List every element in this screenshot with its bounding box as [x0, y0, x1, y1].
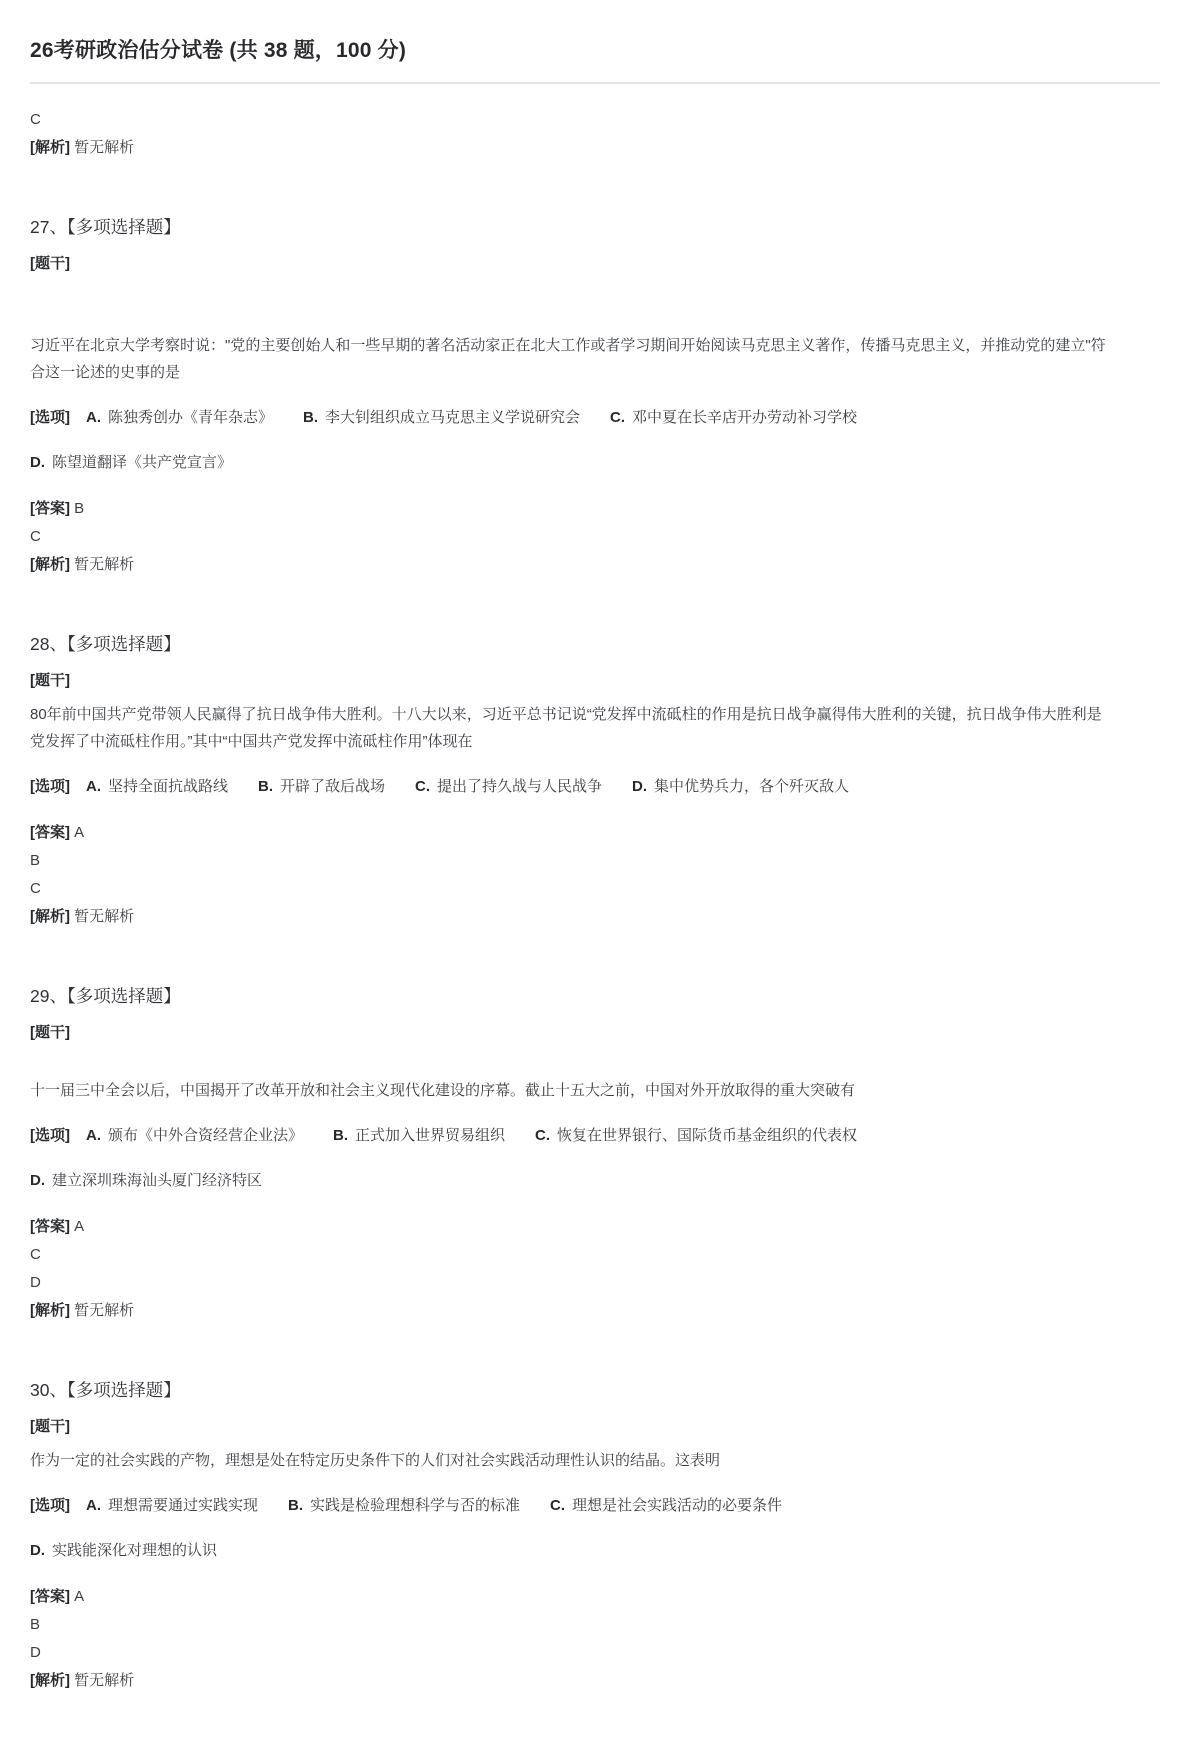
options-label: [选项]: [30, 409, 70, 426]
option-text: 坚持全面抗战路线: [108, 778, 228, 795]
title-divider: [30, 82, 1160, 84]
answer-letter: B: [30, 852, 40, 869]
option-key: C.: [550, 1497, 565, 1514]
answer-letter: A: [74, 1588, 84, 1605]
page-title: 26考研政治估分试卷 (共 38 题，100 分): [30, 34, 1160, 64]
answer-line: B: [30, 847, 1160, 875]
blank-line: [30, 1046, 1160, 1070]
question-title: 28、【多项选择题】: [30, 631, 1160, 656]
option: B.李大钊组织成立马克思主义学说研究会: [303, 404, 580, 431]
exam-document: 26考研政治估分试卷 (共 38 题，100 分) C[解析] 暂无解析 27、…: [0, 0, 1190, 1755]
option: C.恢复在世界银行、国际货币基金组织的代表权: [535, 1122, 857, 1149]
option-text: 邓中夏在长辛店开办劳动补习学校: [632, 409, 857, 426]
analysis-line: [解析] 暂无解析: [30, 903, 1160, 931]
options-line: D.陈望道翻译《共产党宣言》: [30, 449, 1115, 476]
option: A.陈独秀创办《青年杂志》: [86, 404, 273, 431]
question-stem: 80年前中国共产党带领人民赢得了抗日战争伟大胜利。十八大以来，习近平总书记说“党…: [30, 701, 1115, 755]
options-line: D.建立深圳珠海汕头厦门经济特区: [30, 1167, 1115, 1194]
option-text: 实践能深化对理想的认识: [52, 1542, 217, 1559]
question-block: 27、【多项选择题】[题干]习近平在北京大学考察时说："党的主要创始人和一些早期…: [30, 214, 1160, 579]
analysis-text: 暂无解析: [74, 908, 134, 925]
options-line: [选项]A.坚持全面抗战路线B.开辟了敌后战场C.提出了持久战与人民战争D.集中…: [30, 773, 1115, 800]
question-block: 29、【多项选择题】[题干]十一届三中全会以后，中国揭开了改革开放和社会主义现代…: [30, 983, 1160, 1325]
option: B.开辟了敌后战场: [258, 773, 385, 800]
options-line: [选项]A.理想需要通过实践实现B.实践是检验理想科学与否的标准C.理想是社会实…: [30, 1492, 1115, 1519]
option-key: A.: [86, 1127, 101, 1144]
analysis-line: [解析] 暂无解析: [30, 1297, 1160, 1325]
answer-letter: A: [74, 1218, 84, 1235]
option: B.实践是检验理想科学与否的标准: [288, 1492, 520, 1519]
answer-line: [答案] A: [30, 819, 1160, 847]
analysis-text: 暂无解析: [74, 1302, 134, 1319]
answer-line: D: [30, 1269, 1160, 1297]
analysis-label: [解析]: [30, 556, 70, 573]
option: D.实践能深化对理想的认识: [30, 1537, 217, 1564]
option-key: D.: [30, 1542, 45, 1559]
option-text: 陈独秀创办《青年杂志》: [108, 409, 273, 426]
options-line: [选项]A.陈独秀创办《青年杂志》B.李大钊组织成立马克思主义学说研究会C.邓中…: [30, 404, 1115, 431]
options-line: D.实践能深化对理想的认识: [30, 1537, 1115, 1564]
option-key: B.: [258, 778, 273, 795]
answer-line: C: [30, 875, 1160, 903]
option-key: D.: [30, 1172, 45, 1189]
question-stem: 作为一定的社会实践的产物，理想是处在特定历史条件下的人们对社会实践活动理性认识的…: [30, 1447, 1115, 1474]
option: D.建立深圳珠海汕头厦门经济特区: [30, 1167, 262, 1194]
option-text: 颁布《中外合资经营企业法》: [108, 1127, 303, 1144]
option-key: B.: [303, 409, 318, 426]
option-text: 实践是检验理想科学与否的标准: [310, 1497, 520, 1514]
answer-line: C: [30, 523, 1160, 551]
blank-line: [30, 277, 1160, 301]
analysis-label: [解析]: [30, 1672, 70, 1689]
option: B.正式加入世界贸易组织: [333, 1122, 505, 1149]
stem-label: [题干]: [30, 250, 1160, 277]
analysis-text: 暂无解析: [74, 556, 134, 573]
answer-label: [答案]: [30, 500, 70, 517]
answer-line: [答案] A: [30, 1213, 1160, 1241]
option-text: 集中优势兵力，各个歼灭敌人: [654, 778, 849, 795]
option-key: B.: [288, 1497, 303, 1514]
answer-line: C: [30, 1241, 1160, 1269]
option-text: 陈望道翻译《共产党宣言》: [52, 454, 232, 471]
question-stem: 习近平在北京大学考察时说："党的主要创始人和一些早期的著名活动家正在北大工作或者…: [30, 332, 1115, 386]
option-text: 建立深圳珠海汕头厦门经济特区: [52, 1172, 262, 1189]
answer-letter: C: [30, 880, 41, 897]
option-key: A.: [86, 409, 101, 426]
analysis-text: 暂无解析: [74, 1672, 134, 1689]
question-title: 27、【多项选择题】: [30, 214, 1160, 239]
option-text: 理想需要通过实践实现: [108, 1497, 258, 1514]
option-text: 提出了持久战与人民战争: [437, 778, 602, 795]
analysis-line: [解析] 暂无解析: [30, 551, 1160, 579]
blank-line: [30, 301, 1160, 325]
option-key: B.: [333, 1127, 348, 1144]
stem-label: [题干]: [30, 1413, 1160, 1440]
option: A.颁布《中外合资经营企业法》: [86, 1122, 303, 1149]
answer-letter: D: [30, 1274, 41, 1291]
option: C.提出了持久战与人民战争: [415, 773, 602, 800]
option-key: C.: [535, 1127, 550, 1144]
option: A.坚持全面抗战路线: [86, 773, 228, 800]
question-block: 28、【多项选择题】[题干]80年前中国共产党带领人民赢得了抗日战争伟大胜利。十…: [30, 631, 1160, 931]
analysis-line: [解析] 暂无解析: [30, 1667, 1160, 1695]
answer-letter: C: [30, 528, 41, 545]
option: C.理想是社会实践活动的必要条件: [550, 1492, 782, 1519]
option-key: A.: [86, 778, 101, 795]
option-text: 恢复在世界银行、国际货币基金组织的代表权: [557, 1127, 857, 1144]
analysis-line: [解析] 暂无解析: [30, 134, 1160, 162]
answer-label: [答案]: [30, 1588, 70, 1605]
stem-label: [题干]: [30, 1019, 1160, 1046]
analysis-label: [解析]: [30, 139, 70, 156]
answer-letter: D: [30, 1644, 41, 1661]
answer-label: [答案]: [30, 824, 70, 841]
analysis-text: 暂无解析: [74, 139, 134, 156]
analysis-label: [解析]: [30, 1302, 70, 1319]
options-line: [选项]A.颁布《中外合资经营企业法》B.正式加入世界贸易组织C.恢复在世界银行…: [30, 1122, 1115, 1149]
option-text: 正式加入世界贸易组织: [355, 1127, 505, 1144]
answer-line: [答案] B: [30, 495, 1160, 523]
answer-line: D: [30, 1639, 1160, 1667]
option-key: C.: [610, 409, 625, 426]
answer-line: [答案] A: [30, 1583, 1160, 1611]
answer-line: C: [30, 106, 1160, 134]
option-text: 理想是社会实践活动的必要条件: [572, 1497, 782, 1514]
options-label: [选项]: [30, 1127, 70, 1144]
option-key: A.: [86, 1497, 101, 1514]
option-text: 李大钊组织成立马克思主义学说研究会: [325, 409, 580, 426]
previous-question-tail: C[解析] 暂无解析: [30, 106, 1160, 162]
answer-letter: B: [74, 500, 84, 517]
question-stem: 十一届三中全会以后，中国揭开了改革开放和社会主义现代化建设的序幕。截止十五大之前…: [30, 1077, 1115, 1104]
answer-label: [答案]: [30, 1218, 70, 1235]
question-block: 30、【多项选择题】[题干]作为一定的社会实践的产物，理想是处在特定历史条件下的…: [30, 1377, 1160, 1695]
analysis-label: [解析]: [30, 908, 70, 925]
question-title: 29、【多项选择题】: [30, 983, 1160, 1008]
option: D.陈望道翻译《共产党宣言》: [30, 449, 232, 476]
option: D.集中优势兵力，各个歼灭敌人: [632, 773, 849, 800]
answer-line: B: [30, 1611, 1160, 1639]
option-text: 开辟了敌后战场: [280, 778, 385, 795]
options-label: [选项]: [30, 778, 70, 795]
answer-letter: A: [74, 824, 84, 841]
question-title: 30、【多项选择题】: [30, 1377, 1160, 1402]
question-list: 27、【多项选择题】[题干]习近平在北京大学考察时说："党的主要创始人和一些早期…: [30, 214, 1160, 1695]
option: C.邓中夏在长辛店开办劳动补习学校: [610, 404, 857, 431]
answer-letter: C: [30, 1246, 41, 1263]
option-key: C.: [415, 778, 430, 795]
option: A.理想需要通过实践实现: [86, 1492, 258, 1519]
answer-letter: B: [30, 1616, 40, 1633]
option-key: D.: [632, 778, 647, 795]
stem-label: [题干]: [30, 667, 1160, 694]
option-key: D.: [30, 454, 45, 471]
options-label: [选项]: [30, 1497, 70, 1514]
